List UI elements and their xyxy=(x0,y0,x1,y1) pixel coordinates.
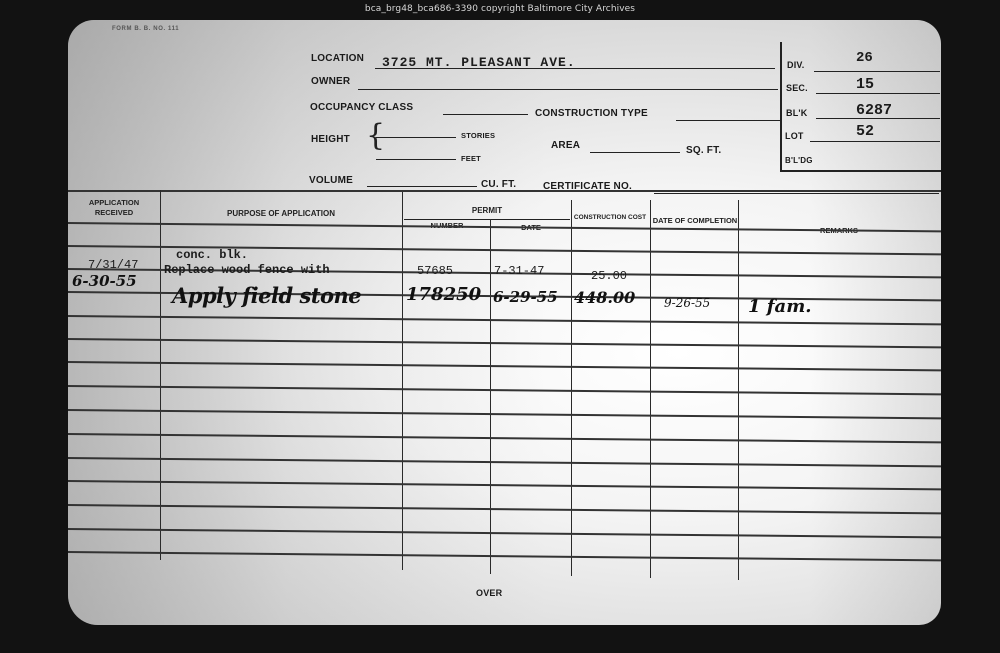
sec-label: SEC. xyxy=(786,83,808,93)
construction-type-label: CONSTRUCTION TYPE xyxy=(535,108,648,119)
sec-line xyxy=(816,93,940,94)
occupancy-class-line xyxy=(443,114,528,115)
location-label: LOCATION xyxy=(311,53,364,64)
col-divider-6 xyxy=(738,200,739,580)
sq-ft-label: SQ. FT. xyxy=(686,145,721,156)
row-line xyxy=(68,361,941,371)
row2-completion: 9-26-55 xyxy=(664,296,710,310)
stories-line xyxy=(376,137,456,138)
row-line xyxy=(68,480,941,490)
height-label: HEIGHT xyxy=(311,134,350,145)
lot-line xyxy=(810,141,940,142)
col-header-cost: CONSTRUCTION COST xyxy=(572,213,648,223)
row-line xyxy=(68,457,941,467)
volume-line xyxy=(367,186,477,187)
row-line xyxy=(68,528,941,538)
construction-type-line xyxy=(676,120,780,121)
col-header-completion: DATE OF COMPLETION xyxy=(652,216,738,226)
col-header-purpose: PURPOSE OF APPLICATION xyxy=(162,209,400,219)
lot-value: 52 xyxy=(856,123,874,140)
col-header-permit: PERMIT xyxy=(404,206,570,216)
volume-label: VOLUME xyxy=(309,175,353,186)
owner-label: OWNER xyxy=(311,76,350,87)
col-header-received: APPLICATION RECEIVED xyxy=(70,198,158,218)
blk-value: 6287 xyxy=(856,102,892,119)
sec-value: 15 xyxy=(856,76,874,93)
col-divider-4 xyxy=(571,200,572,576)
feet-label: FEET xyxy=(461,154,481,163)
certificate-no-line xyxy=(654,193,939,194)
occupancy-class-label: OCCUPANCY CLASS xyxy=(310,102,413,113)
row1-permit-date: 7-31-47 xyxy=(494,264,544,278)
row-line xyxy=(68,409,941,419)
row2-purpose: Apply field stone xyxy=(172,283,361,308)
row1-received: 7/31/47 xyxy=(88,258,138,272)
row2-received: 6-30-55 xyxy=(72,272,137,290)
form-number: FORM B. B. NO. 111 xyxy=(112,26,179,32)
table-top-border xyxy=(68,190,941,192)
permit-subheader-line xyxy=(404,219,570,220)
row-line xyxy=(68,338,941,348)
height-brace: { xyxy=(366,121,385,151)
cu-ft-label: CU. FT. xyxy=(481,179,516,190)
row-line xyxy=(68,504,941,514)
row1-cost: 25.00 xyxy=(591,269,627,283)
div-line xyxy=(814,71,940,72)
lot-label: LOT xyxy=(785,131,804,141)
bldg-label: B'L'DG xyxy=(785,156,813,165)
feet-line xyxy=(376,159,456,160)
col-divider-5 xyxy=(650,200,651,578)
blk-label: BL'K xyxy=(786,108,807,118)
row2-remarks: 1 fam. xyxy=(748,296,812,317)
owner-line xyxy=(358,89,778,90)
area-line xyxy=(590,152,680,153)
row2-permit-date: 6-29-55 xyxy=(493,288,558,306)
row2-cost: 448.00 xyxy=(574,288,635,307)
archive-caption: bca_brg48_bca686-3390 copyright Baltimor… xyxy=(0,4,1000,14)
location-value: 3725 MT. PLEASANT AVE. xyxy=(382,55,576,70)
div-value: 26 xyxy=(856,50,873,66)
row1-purpose: Replace wood fence with xyxy=(164,263,330,277)
row1-permit-number: 57685 xyxy=(417,264,453,278)
row-line xyxy=(68,551,941,561)
row2-permit-number: 178250 xyxy=(406,284,481,305)
over-label: OVER xyxy=(476,588,502,598)
permit-index-card: FORM B. B. NO. 111 LOCATION 3725 MT. PLE… xyxy=(68,20,941,625)
stories-label: STORIES xyxy=(461,131,495,140)
row-line xyxy=(68,385,941,395)
row-line xyxy=(68,433,941,443)
div-label: DIV. xyxy=(787,60,804,70)
area-label: AREA xyxy=(551,140,580,151)
row1-purpose-line1: conc. blk. xyxy=(176,248,248,262)
